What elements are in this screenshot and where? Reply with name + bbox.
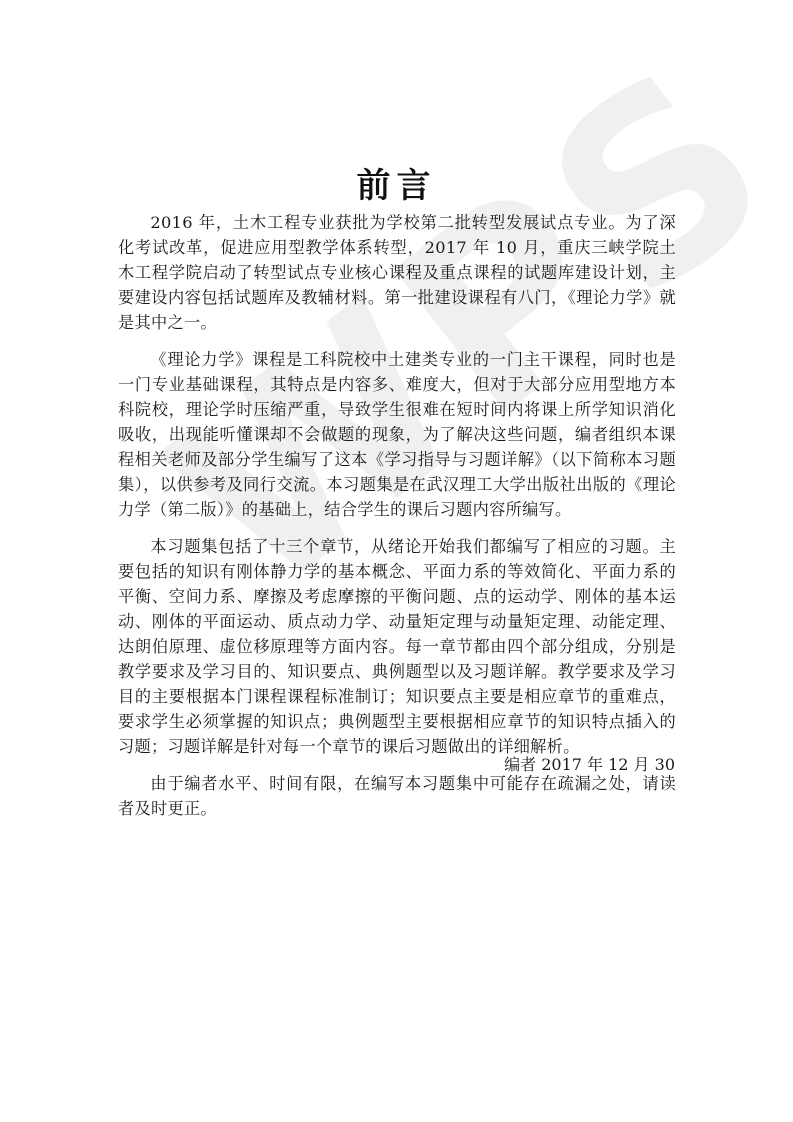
paragraph-1: 2016 年，土木工程专业获批为学校第二批转型发展试点专业。为了深化考试改革，促… [118,210,676,335]
page-title: 前言 [0,158,793,207]
paragraph-3: 本习题集包括了十三个章节，从绪论开始我们都编写了相应的习题。主要包括的知识有刚体… [118,534,676,759]
preface-body: 2016 年，土木工程专业获批为学校第二批转型发展试点专业。为了深化考试改革，促… [118,210,676,833]
paragraph-4: 由于编者水平、时间有限，在编写本习题集中可能存在疏漏之处，请读者及时更正。 [118,771,676,821]
document-page: 前言 2016 年，土木工程专业获批为学校第二批转型发展试点专业。为了深化考试改… [0,0,793,1122]
paragraph-2: 《理论力学》课程是工科院校中土建类专业的一门主干课程，同时也是一门专业基础课程，… [118,347,676,522]
signature-date: 编者 2017 年 12 月 30 [504,752,675,775]
